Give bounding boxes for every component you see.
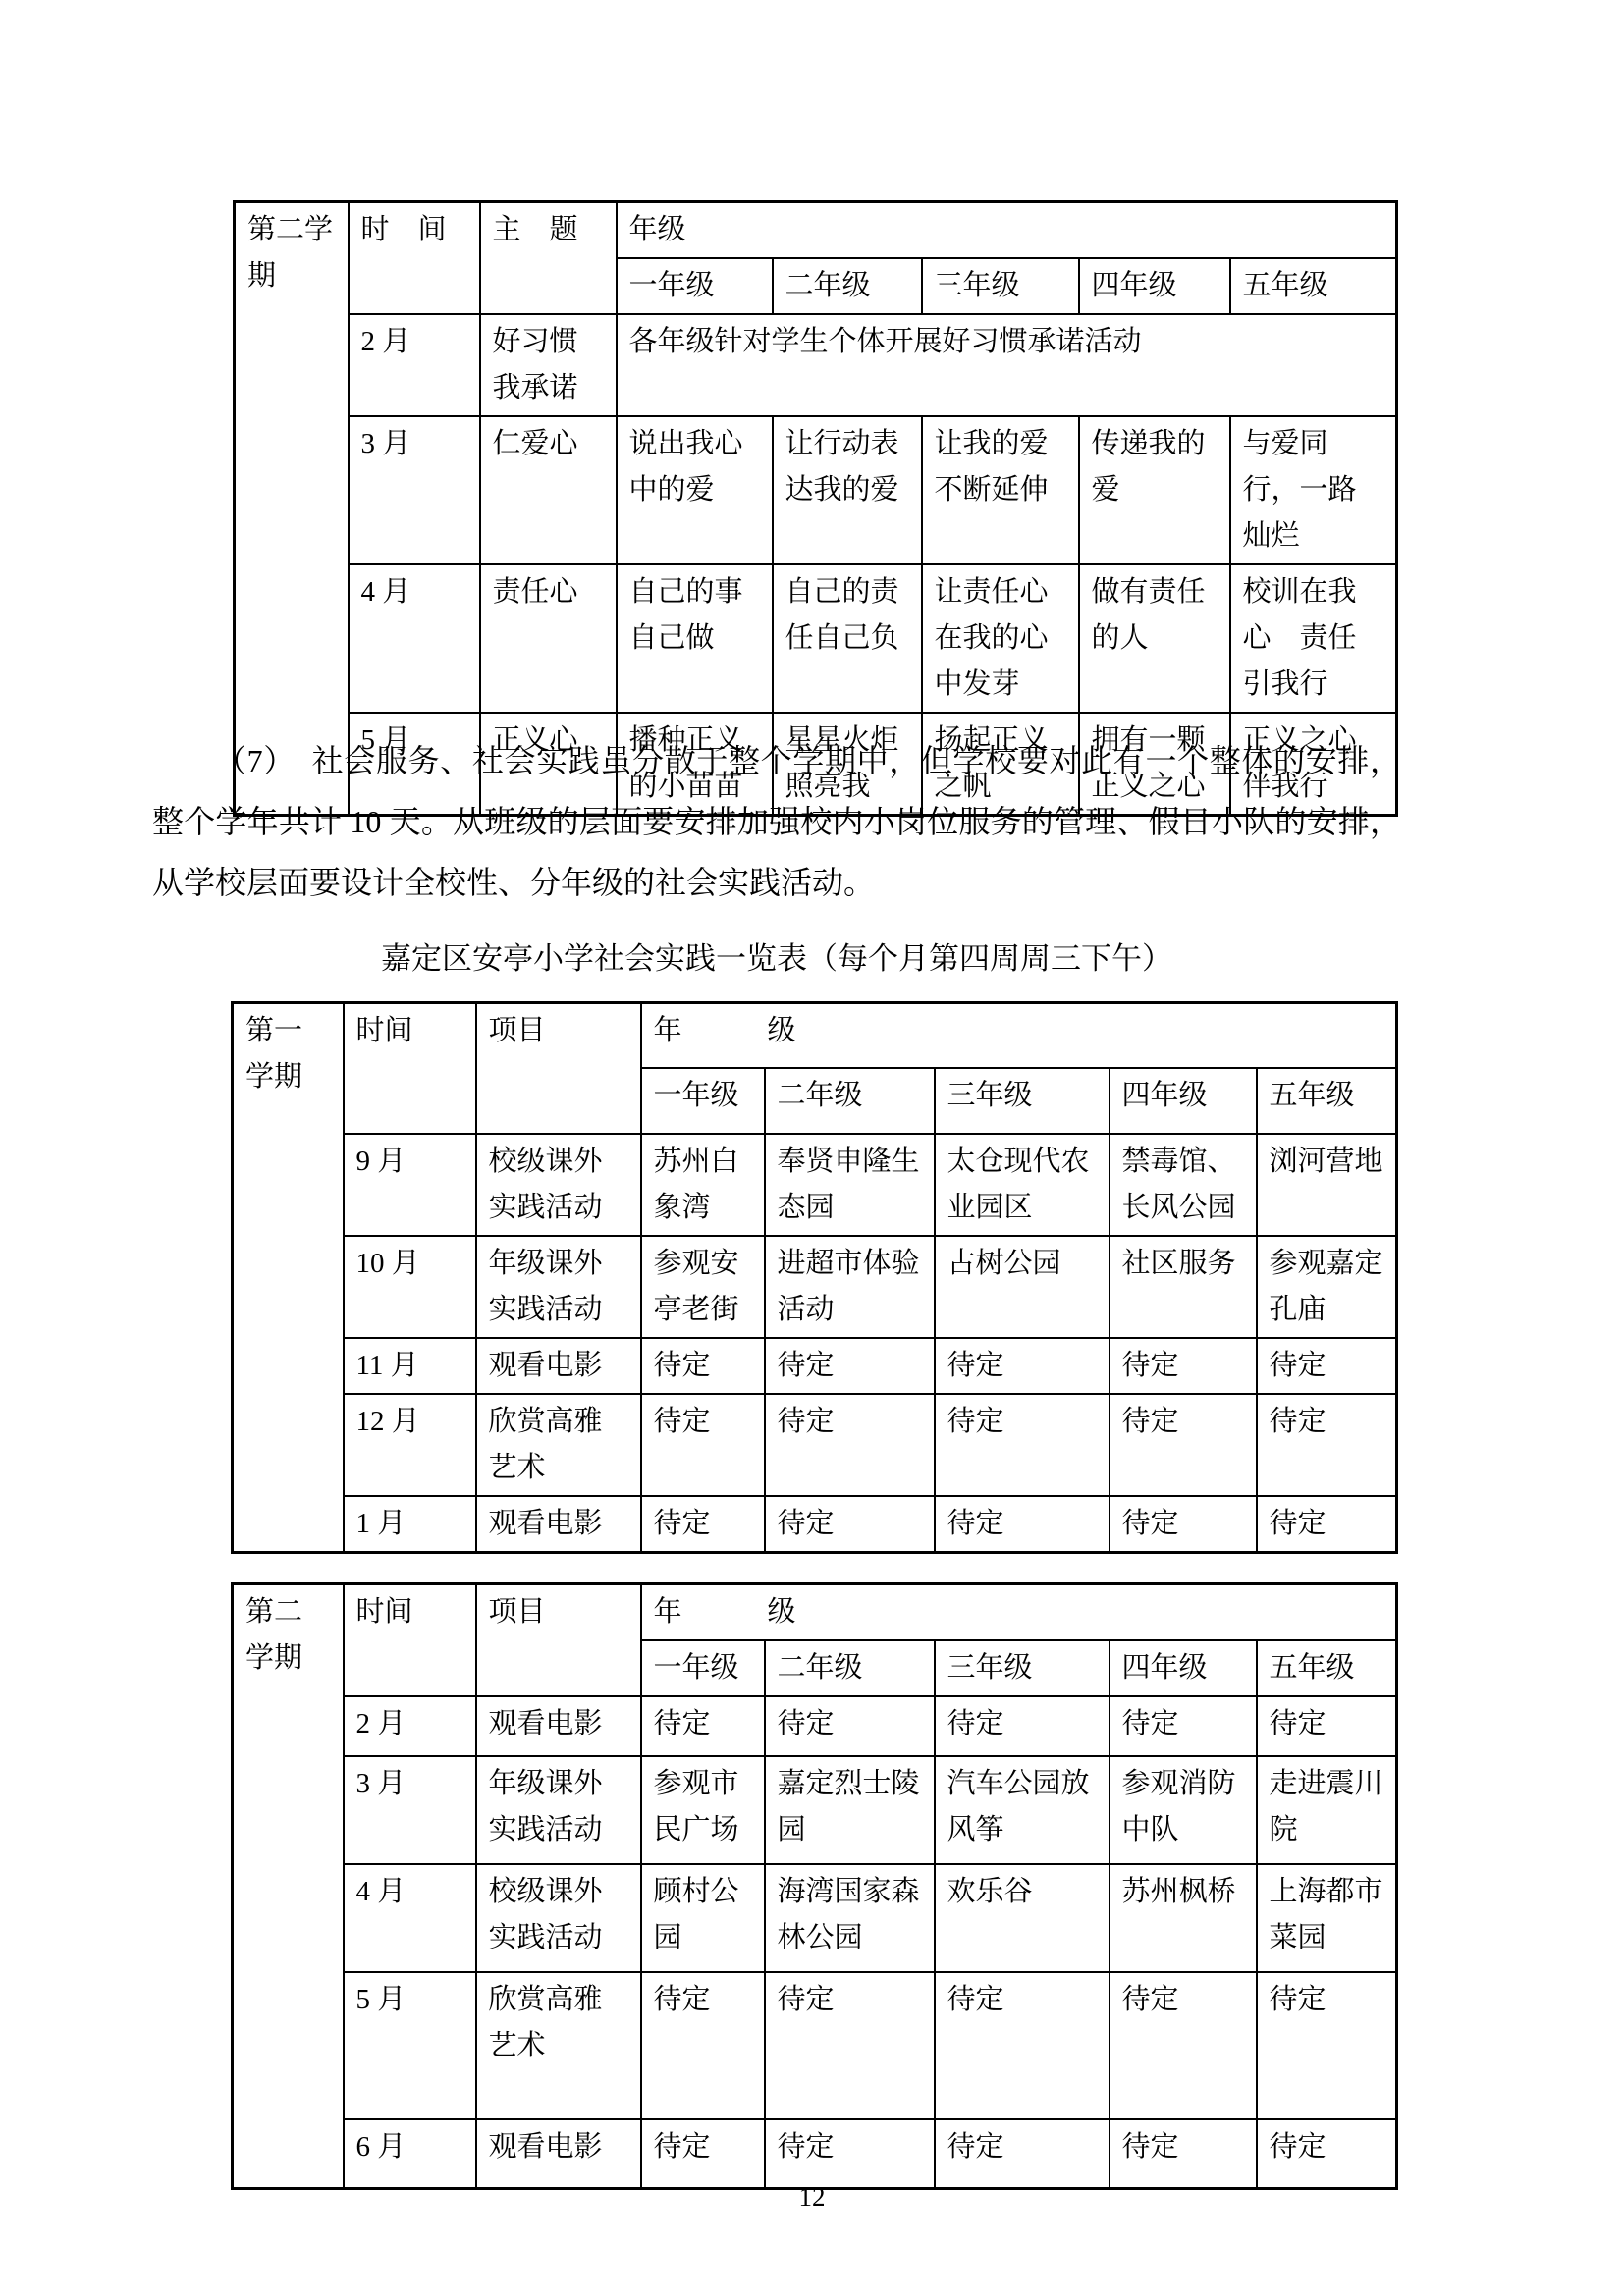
document-page: 第二学期 时 间 主 题 年级 一年级 二年级 三年级 四年级 五年级 2 月 … [0,0,1624,2296]
project-cell: 校级课外实践活动 [476,1864,641,1972]
grade3-cell: 让责任心在我的心中发芽 [922,564,1079,713]
month-cell: 3 月 [349,416,480,564]
column-header-grade-1: 一年级 [641,1640,765,1696]
grade1-cell: 待定 [641,1972,765,2119]
month-cell: 2 月 [349,314,480,416]
table-row: 3 月 仁爱心 说出我心中的爱 让行动表达我的爱 让我的爱不断延伸 传递我的爱 … [235,416,1397,564]
grade3-cell: 待定 [935,1394,1110,1496]
column-header-grade-2: 二年级 [765,1068,935,1134]
table-row: 11 月 观看电影 待定 待定 待定 待定 待定 [233,1338,1397,1394]
grade4-cell: 传递我的爱 [1079,416,1230,564]
column-header-time: 时间 [344,1584,476,1697]
grade5-cell: 浏河营地 [1257,1134,1397,1236]
grade1-cell: 待定 [641,1394,765,1496]
column-header-grade-1: 一年级 [617,258,773,314]
grade1-cell: 顾村公园 [641,1864,765,1972]
month-cell: 12 月 [344,1394,476,1496]
theme-schedule-table: 第二学期 时 间 主 题 年级 一年级 二年级 三年级 四年级 五年级 2 月 … [233,200,1398,817]
social-practice-table-semester1: 第一学期 时间 项目 年 级 一年级 二年级 三年级 四年级 五年级 9 月 校… [231,1001,1398,1554]
column-header-grade-2: 二年级 [765,1640,935,1696]
grade4-cell: 禁毒馆、长风公园 [1110,1134,1257,1236]
grade1-cell: 参观市民广场 [641,1756,765,1864]
grade3-cell: 让我的爱不断延伸 [922,416,1079,564]
column-header-time: 时 间 [349,202,480,315]
column-header-theme: 主 题 [480,202,617,315]
theme-cell: 责任心 [480,564,617,713]
grade3-cell: 太仓现代农业园区 [935,1134,1110,1236]
column-header-project: 项目 [476,1584,641,1697]
grade5-cell: 待定 [1257,1696,1397,1756]
column-header-grade-5: 五年级 [1257,1068,1397,1134]
grade5-cell: 参观嘉定孔庙 [1257,1236,1397,1338]
semester-cell: 第二学期 [235,202,349,816]
project-cell: 校级课外实践活动 [476,1134,641,1236]
grade2-cell: 待定 [765,1696,935,1756]
grade3-cell: 待定 [935,1972,1110,2119]
month-cell: 10 月 [344,1236,476,1338]
grade1-cell: 待定 [641,1496,765,1553]
column-header-grade-4: 四年级 [1110,1068,1257,1134]
grade1-cell: 待定 [641,1338,765,1394]
grade5-cell: 待定 [1257,1496,1397,1553]
grade2-cell: 待定 [765,1338,935,1394]
month-cell: 4 月 [349,564,480,713]
grade5-cell: 校训在我心 责任引我行 [1230,564,1397,713]
month-cell: 3 月 [344,1756,476,1864]
month-cell: 4 月 [344,1864,476,1972]
project-cell: 观看电影 [476,1496,641,1553]
project-cell: 观看电影 [476,1338,641,1394]
month-cell: 2 月 [344,1696,476,1756]
grade1-cell: 说出我心中的爱 [617,416,773,564]
grade3-cell: 汽车公园放风筝 [935,1756,1110,1864]
grade4-cell: 参观消防中队 [1110,1756,1257,1864]
column-header-grade-2: 二年级 [773,258,922,314]
grade2-cell: 奉贤申隆生态园 [765,1134,935,1236]
grade4-cell: 待定 [1110,1696,1257,1756]
month-cell: 9 月 [344,1134,476,1236]
page-number: 12 [0,2177,1624,2216]
grade1-cell: 苏州白象湾 [641,1134,765,1236]
month-cell: 5 月 [344,1972,476,2119]
grade5-cell: 与爱同行，一路灿烂 [1230,416,1397,564]
grade1-cell: 自己的事自己做 [617,564,773,713]
project-cell: 年级课外实践活动 [476,1756,641,1864]
grade4-cell: 社区服务 [1110,1236,1257,1338]
grade2-cell: 海湾国家森林公园 [765,1864,935,1972]
merged-activity-cell: 各年级针对学生个体开展好习惯承诺活动 [617,314,1397,416]
theme-cell: 好习惯我承诺 [480,314,617,416]
column-header-grade-4: 四年级 [1110,1640,1257,1696]
column-header-grade-group: 年 级 [641,1584,1397,1641]
month-cell: 11 月 [344,1338,476,1394]
grade4-cell: 待定 [1110,1394,1257,1496]
grade3-cell: 待定 [935,1338,1110,1394]
column-header-grade-1: 一年级 [641,1068,765,1134]
project-cell: 欣赏高雅艺术 [476,1394,641,1496]
table-row: 3 月 年级课外实践活动 参观市民广场 嘉定烈士陵园 汽车公园放风筝 参观消防中… [233,1756,1397,1864]
table-row: 4 月 校级课外实践活动 顾村公园 海湾国家森林公园 欢乐谷 苏州枫桥 上海都市… [233,1864,1397,1972]
grade3-cell: 欢乐谷 [935,1864,1110,1972]
grade5-cell: 上海都市菜园 [1257,1864,1397,1972]
column-header-grade-3: 三年级 [922,258,1079,314]
column-header-time: 时间 [344,1003,476,1134]
semester-cell: 第二学期 [233,1584,344,2189]
project-cell: 欣赏高雅艺术 [476,1972,641,2119]
grade4-cell: 待定 [1110,1496,1257,1553]
table-row: 2 月 观看电影 待定 待定 待定 待定 待定 [233,1696,1397,1756]
project-cell: 观看电影 [476,1696,641,1756]
column-header-grade-4: 四年级 [1079,258,1230,314]
column-header-project: 项目 [476,1003,641,1134]
grade2-cell: 待定 [765,1394,935,1496]
grade2-cell: 让行动表达我的爱 [773,416,922,564]
table-row: 2 月 好习惯我承诺 各年级针对学生个体开展好习惯承诺活动 [235,314,1397,416]
column-header-grade-group: 年 级 [641,1003,1397,1068]
semester-cell: 第一学期 [233,1003,344,1553]
grade2-cell: 待定 [765,1972,935,2119]
column-header-grade-3: 三年级 [935,1068,1110,1134]
theme-cell: 仁爱心 [480,416,617,564]
body-paragraph: （7） 社会服务、社会实践虽分散于整个学期中，但学校要对此有一个整体的安排，整个… [152,730,1401,913]
column-header-grade-5: 五年级 [1230,258,1397,314]
grade4-cell: 做有责任的人 [1079,564,1230,713]
column-header-grade-5: 五年级 [1257,1640,1397,1696]
table-row: 12 月 欣赏高雅艺术 待定 待定 待定 待定 待定 [233,1394,1397,1496]
grade3-cell: 古树公园 [935,1236,1110,1338]
social-practice-table-semester2: 第二学期 时间 项目 年 级 一年级 二年级 三年级 四年级 五年级 2 月 观… [231,1582,1398,2190]
table-row: 4 月 责任心 自己的事自己做 自己的责任自己负 让责任心在我的心中发芽 做有责… [235,564,1397,713]
table-row: 1 月 观看电影 待定 待定 待定 待定 待定 [233,1496,1397,1553]
grade1-cell: 参观安亭老街 [641,1236,765,1338]
project-cell: 年级课外实践活动 [476,1236,641,1338]
column-header-grade-3: 三年级 [935,1640,1110,1696]
table-row: 9 月 校级课外实践活动 苏州白象湾 奉贤申隆生态园 太仓现代农业园区 禁毒馆、… [233,1134,1397,1236]
grade5-cell: 待定 [1257,1338,1397,1394]
grade4-cell: 待定 [1110,1972,1257,2119]
grade1-cell: 待定 [641,1696,765,1756]
grade2-cell: 待定 [765,1496,935,1553]
grade2-cell: 嘉定烈士陵园 [765,1756,935,1864]
table-title: 嘉定区安亭小学社会实践一览表（每个月第四周周三下午） [152,929,1401,989]
table-row: 10 月 年级课外实践活动 参观安亭老街 进超市体验活动 古树公园 社区服务 参… [233,1236,1397,1338]
column-header-grade-group: 年级 [617,202,1397,259]
grade5-cell: 待定 [1257,1972,1397,2119]
grade5-cell: 走进震川院 [1257,1756,1397,1864]
table-row: 5 月 欣赏高雅艺术 待定 待定 待定 待定 待定 [233,1972,1397,2119]
grade2-cell: 进超市体验活动 [765,1236,935,1338]
grade2-cell: 自己的责任自己负 [773,564,922,713]
grade4-cell: 苏州枫桥 [1110,1864,1257,1972]
grade5-cell: 待定 [1257,1394,1397,1496]
grade3-cell: 待定 [935,1696,1110,1756]
grade4-cell: 待定 [1110,1338,1257,1394]
month-cell: 1 月 [344,1496,476,1553]
grade3-cell: 待定 [935,1496,1110,1553]
